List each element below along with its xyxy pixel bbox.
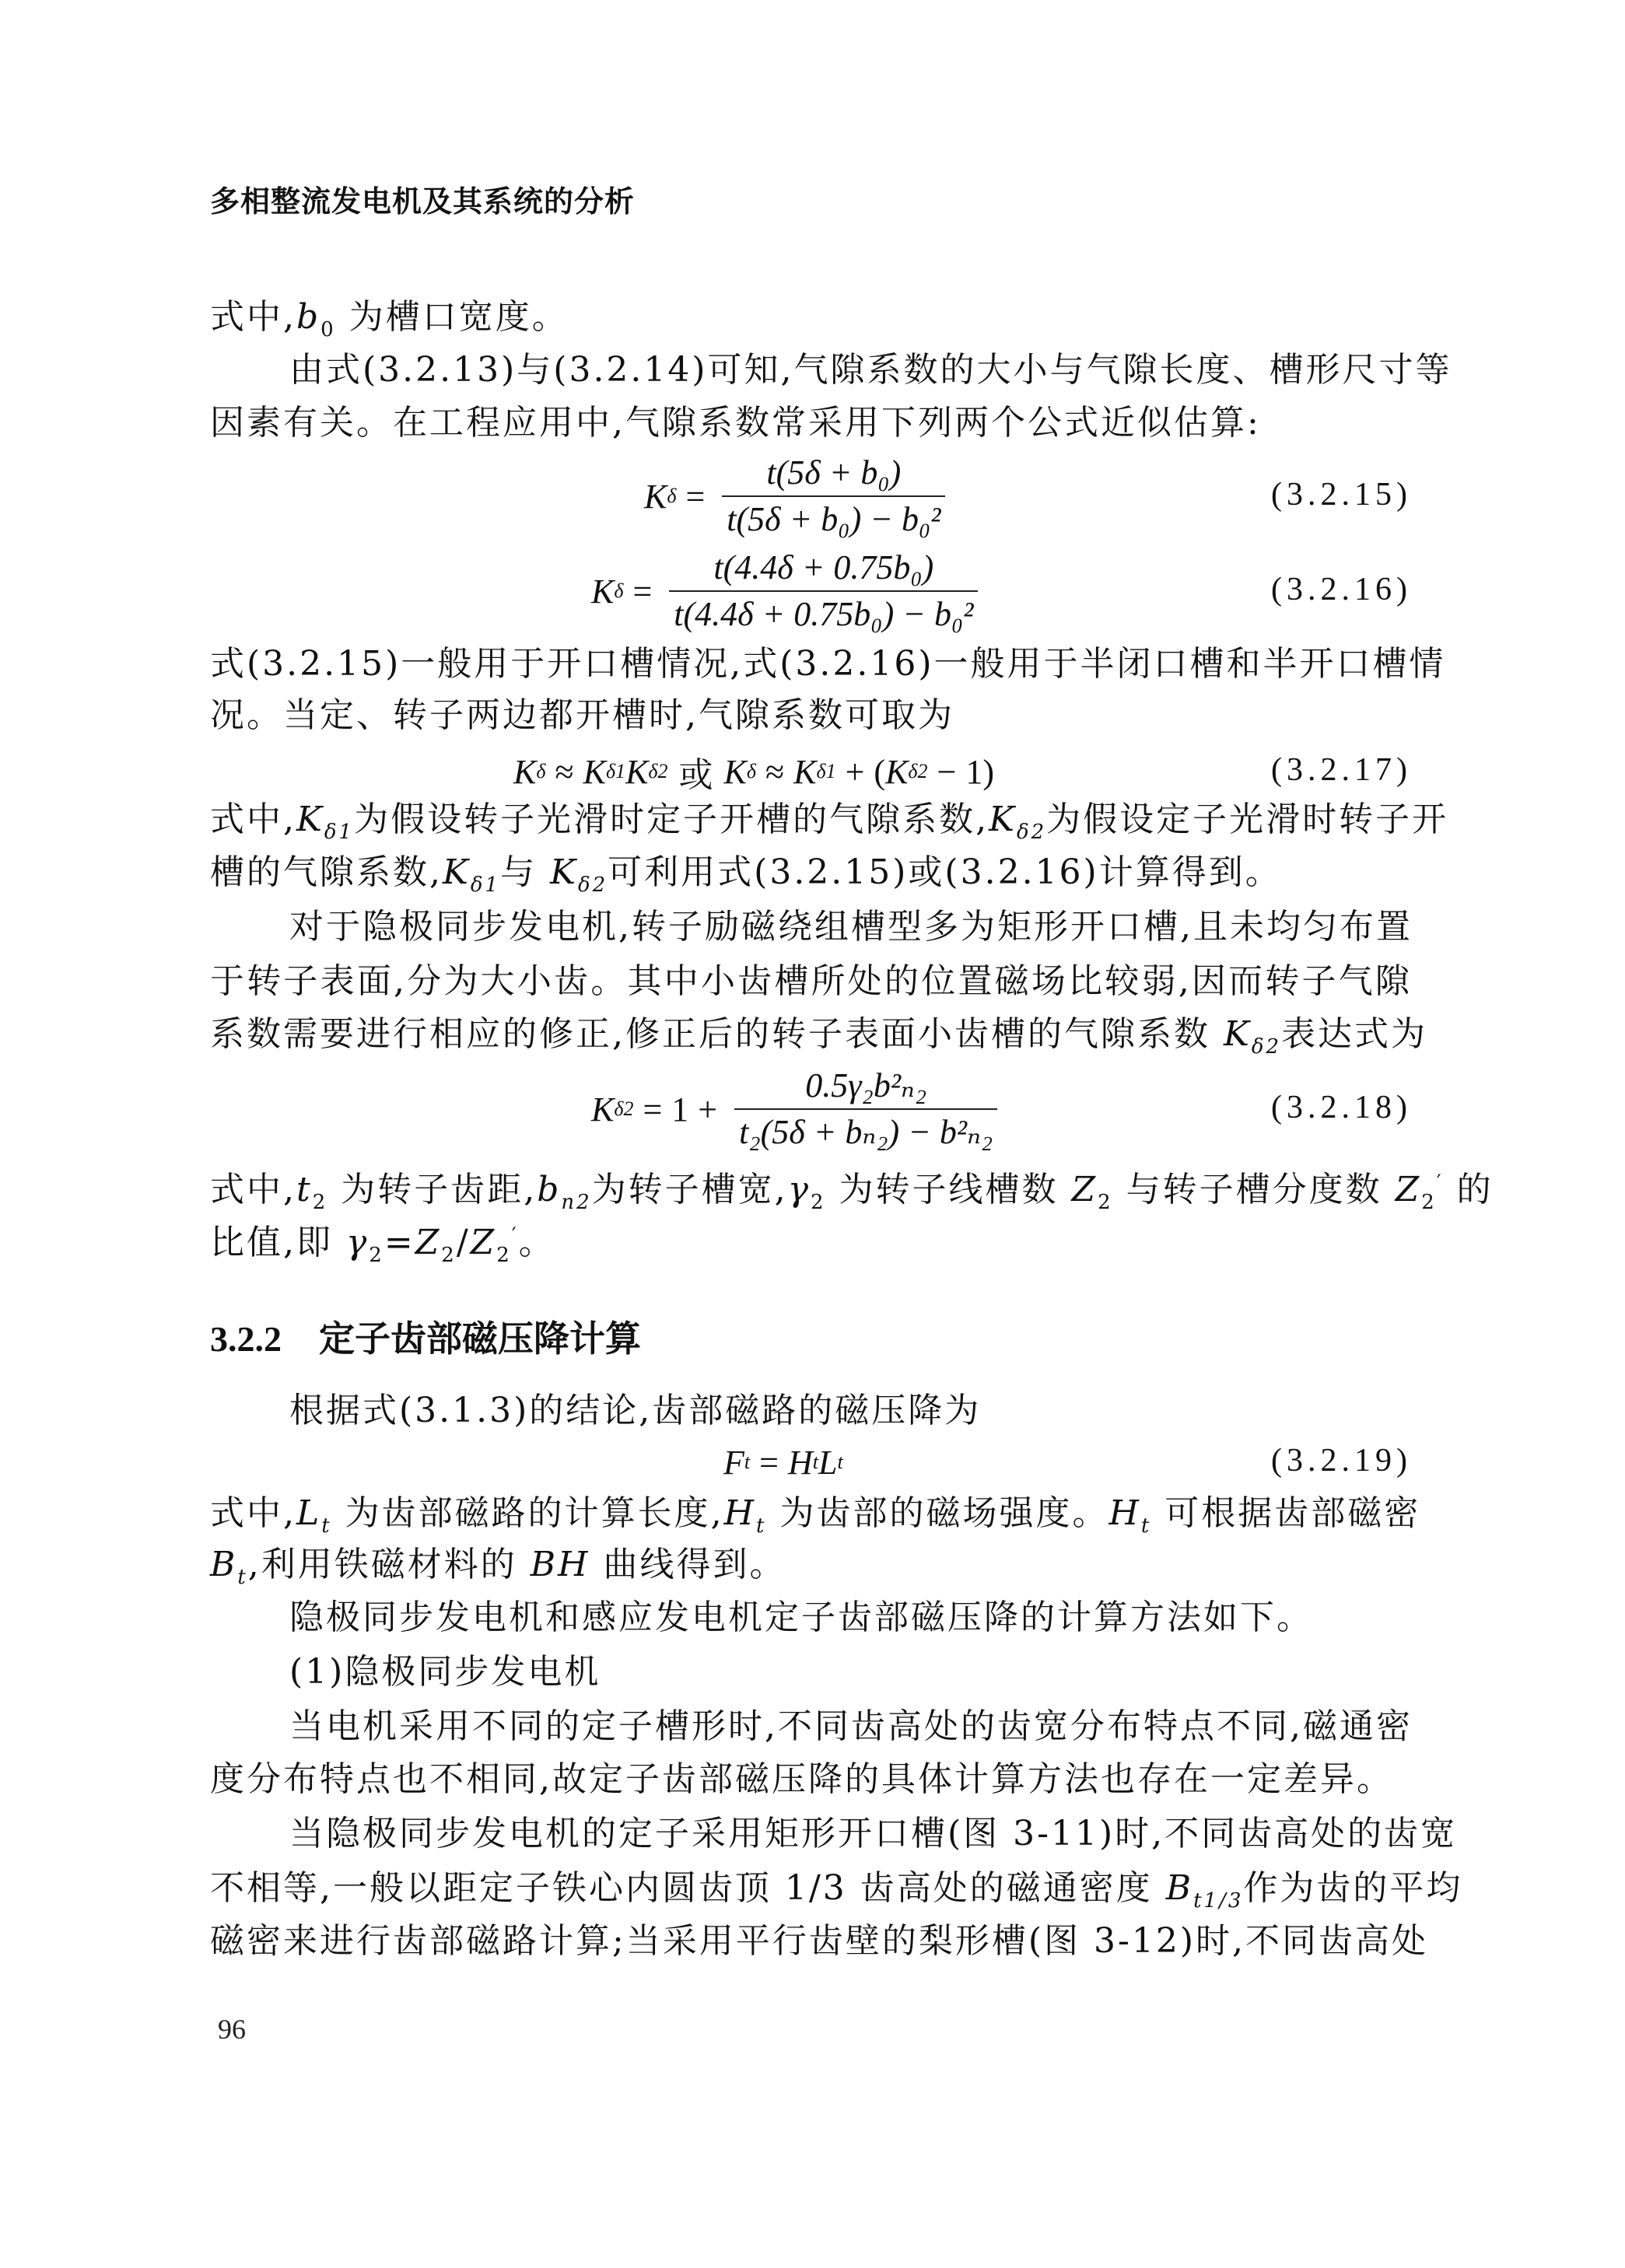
equation-number: (3.2.15) — [1271, 476, 1412, 513]
equation-3-2-18: Kδ2=1+ 0.5γ₂b²ₙ₂t₂(5δ + bₙ₂) − b²ₙ₂ — [591, 1064, 1005, 1154]
text-line: 不相等,一般以距定子铁心内圆齿顶 1/3 齿高处的磁通密度 Bt1/3作为齿的平… — [210, 1865, 1412, 1912]
text-line: 式中,Kδ1为假设转子光滑时定子开槽的气隙系数,Kδ2为假设定子光滑时转子开 — [210, 796, 1412, 843]
equation-number: (3.2.17) — [1271, 751, 1412, 789]
equation-3-2-16: Kδ= t(4.4δ + 0.75b₀)t(4.4δ + 0.75b₀) − b… — [591, 546, 986, 636]
var-b0: b0 — [296, 297, 336, 337]
equation-number: (3.2.16) — [1271, 571, 1412, 608]
text: 式中, — [210, 297, 296, 337]
equation-3-2-19: Ft=HtLt — [723, 1439, 843, 1486]
text-line: 式中,Lt 为齿部磁路的计算长度,Ht 为齿部的磁场强度。Ht 可根据齿部磁密 — [210, 1490, 1412, 1537]
document-page: 多相整流发电机及其系统的分析 式中,b0 为槽口宽度。 由式(3.2.13)与(… — [0, 0, 1625, 2268]
section-title: 定子齿部磁压降计算 — [319, 1318, 641, 1360]
text-line: 因素有关。在工程应用中,气隙系数常采用下列两个公式近似估算: — [210, 400, 1412, 446]
text-line: 磁密来进行齿部磁路计算;当采用平行齿壁的梨形槽(图 3-12)时,不同齿高处 — [210, 1918, 1412, 1965]
text-line: 况。当定、转子两边都开槽时,气隙系数可取为 — [210, 692, 1412, 739]
text-line: 当隐极同步发电机的定子采用矩形开口槽(图 3-11)时,不同齿高处的齿宽 — [289, 1811, 1412, 1857]
text-line: 当电机采用不同的定子槽形时,不同齿高处的齿宽分布特点不同,磁通密 — [289, 1703, 1412, 1750]
text-line: 度分布特点也不相同,故定子齿部磁压降的具体计算方法也存在一定差异。 — [210, 1756, 1412, 1803]
text-line: 于转子表面,分为大小齿。其中小齿槽所处的位置磁场比较弱,因而转子气隙 — [210, 958, 1412, 1005]
text-line: 隐极同步发电机和感应发电机定子齿部磁压降的计算方法如下。 — [289, 1594, 1412, 1641]
equation-number: (3.2.19) — [1271, 1442, 1412, 1479]
text-line: 系数需要进行相应的修正,修正后的转子表面小齿槽的气隙系数 Kδ2表达式为 — [210, 1011, 1412, 1058]
section-heading: 3.2.2定子齿部磁压降计算 — [210, 1311, 641, 1362]
text-line: 比值,即 γ2=Z2/Z2′。 — [210, 1220, 1412, 1266]
section-number: 3.2.2 — [210, 1319, 282, 1359]
running-header: 多相整流发电机及其系统的分析 — [210, 177, 635, 220]
equation-3-2-17: Kδ≈Kδ1Kδ2 或 Kδ≈Kδ1+(Kδ2−1) — [513, 748, 994, 795]
equation-3-2-15: Kδ= t(5δ + b₀)t(5δ + b₀) − b₀² — [644, 451, 953, 541]
text-line: 槽的气隙系数,Kδ1与 Kδ2可利用式(3.2.15)或(3.2.16)计算得到… — [210, 849, 1412, 896]
text-line: 式中,t2 为转子齿距,bn2为转子槽宽,γ2 为转子线槽数 Z2 与转子槽分度… — [210, 1167, 1412, 1213]
text-line: (1)隐极同步发电机 — [289, 1649, 1412, 1696]
text-line: 式中,b0 为槽口宽度。 — [210, 294, 1412, 341]
text-line: 由式(3.2.13)与(3.2.14)可知,气隙系数的大小与气隙长度、槽形尺寸等 — [289, 347, 1412, 394]
text-line: 对于隐极同步发电机,转子励磁绕组槽型多为矩形开口槽,且未均匀布置 — [289, 904, 1412, 950]
text-line: 式(3.2.15)一般用于开口槽情况,式(3.2.16)一般用于半闭口槽和半开口… — [210, 641, 1412, 688]
page-number: 96 — [218, 2013, 246, 2046]
text-line: 根据式(3.1.3)的结论,齿部磁路的磁压降为 — [289, 1388, 1412, 1434]
text: 为槽口宽度。 — [336, 297, 569, 337]
equation-number: (3.2.18) — [1271, 1089, 1412, 1126]
text-line: Bt,利用铁磁材料的 BH 曲线得到。 — [210, 1542, 1412, 1588]
